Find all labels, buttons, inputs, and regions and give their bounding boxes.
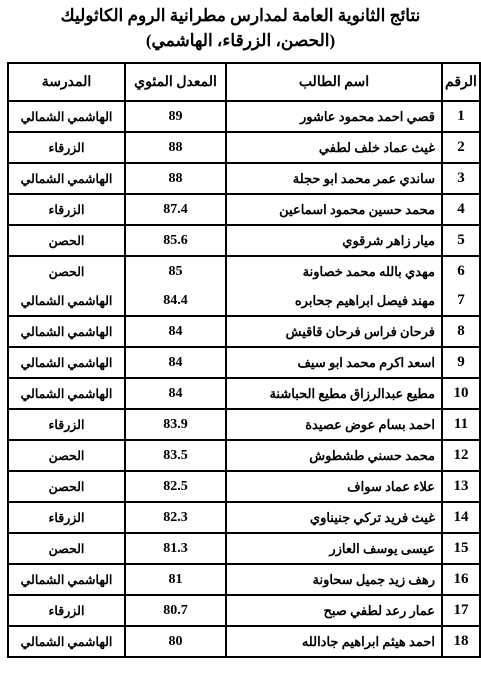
student-name: مهند فيصل ابراهيم جحابره (226, 286, 442, 316)
table-row: 11احمد بسام عوض عصيدة83.9الزرقاء (8, 409, 480, 440)
student-name: اسعد اكرم محمد ابو سيف (226, 347, 442, 378)
title-line-2: (الحصن، الزرقاء، الهاشمي) (0, 29, 481, 54)
row-rank: 5 (442, 225, 480, 256)
student-name: احمد بسام عوض عصيدة (226, 409, 442, 440)
student-name: ساندي عمر محمد ابو حجلة (226, 163, 442, 194)
table-row: 2غيث عماد خلف لطفي88الزرقاء (8, 132, 480, 163)
average-score: 82.5 (125, 471, 226, 502)
results-body: 1قصي احمد محمود عاشور89الهاشمي الشمالي2غ… (8, 101, 480, 657)
row-rank: 2 (442, 132, 480, 163)
row-rank: 18 (442, 626, 480, 657)
student-name: احمد هيثم ابراهيم جادالله (226, 626, 442, 657)
student-name: مهدي بالله محمد خصاونة (226, 256, 442, 286)
page-title: نتائج الثانوية العامة لمدارس مطرانية الر… (0, 4, 481, 53)
header-student: اسم الطالب (226, 63, 442, 101)
table-row: 5ميار زاهر شرقوي85.6الحصن (8, 225, 480, 256)
row-rank: 1 (442, 101, 480, 132)
school-name: الحصن (8, 471, 125, 502)
student-name: مطيع عبدالرزاق مطيع الحباشنة (226, 378, 442, 409)
student-name: محمد حسني طشطوش (226, 440, 442, 471)
school-name: الحصن (8, 256, 125, 286)
student-name: فرحان فراس فرحان قاقيش (226, 316, 442, 347)
average-score: 87.4 (125, 194, 226, 225)
school-name: الهاشمي الشمالي (8, 347, 125, 378)
school-name: الزرقاء (8, 595, 125, 626)
student-name: عيسى يوسف العازر (226, 533, 442, 564)
average-score: 83.5 (125, 440, 226, 471)
school-name: الحصن (8, 440, 125, 471)
school-name: الزرقاء (8, 502, 125, 533)
table-row: 17عمار رعد لطفي صبح80.7الزرقاء (8, 595, 480, 626)
table-row: 13علاء عماد سواف82.5الحصن (8, 471, 480, 502)
table-row: 9اسعد اكرم محمد ابو سيف84الهاشمي الشمالي (8, 347, 480, 378)
student-name: قصي احمد محمود عاشور (226, 101, 442, 132)
average-score: 88 (125, 132, 226, 163)
table-row: 15عيسى يوسف العازر81.3الحصن (8, 533, 480, 564)
average-score: 85.6 (125, 225, 226, 256)
student-name: غيث عماد خلف لطفي (226, 132, 442, 163)
school-name: الهاشمي الشمالي (8, 316, 125, 347)
row-rank: 13 (442, 471, 480, 502)
average-score: 84.4 (125, 286, 226, 316)
row-rank: 12 (442, 440, 480, 471)
header-school: المدرسة (8, 63, 125, 101)
row-rank: 4 (442, 194, 480, 225)
header-rank: الرقم (442, 63, 480, 101)
row-rank: 15 (442, 533, 480, 564)
header-row: الرقم اسم الطالب المعدل المئوي المدرسة (8, 63, 480, 101)
table-row: 12محمد حسني طشطوش83.5الحصن (8, 440, 480, 471)
row-rank: 3 (442, 163, 480, 194)
student-name: رهف زيد جميل سحاونة (226, 564, 442, 595)
student-name: غيث فريد تركي جنيناوي (226, 502, 442, 533)
average-score: 88 (125, 163, 226, 194)
table-row: 10مطيع عبدالرزاق مطيع الحباشنة84الهاشمي … (8, 378, 480, 409)
table-row: 16رهف زيد جميل سحاونة81الهاشمي الشمالي (8, 564, 480, 595)
school-name: الحصن (8, 533, 125, 564)
school-name: الزرقاء (8, 132, 125, 163)
average-score: 81.3 (125, 533, 226, 564)
header-average: المعدل المئوي (125, 63, 226, 101)
row-rank: 9 (442, 347, 480, 378)
row-rank: 14 (442, 502, 480, 533)
average-score: 89 (125, 101, 226, 132)
average-score: 83.9 (125, 409, 226, 440)
table-row: 3ساندي عمر محمد ابو حجلة88الهاشمي الشمال… (8, 163, 480, 194)
average-score: 84 (125, 378, 226, 409)
row-rank: 16 (442, 564, 480, 595)
results-table: الرقم اسم الطالب المعدل المئوي المدرسة 1… (7, 62, 481, 658)
school-name: الهاشمي الشمالي (8, 378, 125, 409)
school-name: الهاشمي الشمالي (8, 163, 125, 194)
average-score: 84 (125, 316, 226, 347)
school-name: الهاشمي الشمالي (8, 286, 125, 316)
page: { "title": { "line1": "نتائج الثانوية ال… (0, 0, 481, 690)
school-name: الزرقاء (8, 409, 125, 440)
row-rank: 6 (442, 256, 480, 286)
average-score: 80.7 (125, 595, 226, 626)
table-row: 1قصي احمد محمود عاشور89الهاشمي الشمالي (8, 101, 480, 132)
row-rank: 11 (442, 409, 480, 440)
average-score: 82.3 (125, 502, 226, 533)
average-score: 84 (125, 347, 226, 378)
row-rank: 17 (442, 595, 480, 626)
student-name: ميار زاهر شرقوي (226, 225, 442, 256)
table-row: 14غيث فريد تركي جنيناوي82.3الزرقاء (8, 502, 480, 533)
table-row: 6مهدي بالله محمد خصاونة85الحصن (8, 256, 480, 286)
table-row: 7مهند فيصل ابراهيم جحابره84.4الهاشمي الش… (8, 286, 480, 316)
school-name: الهاشمي الشمالي (8, 564, 125, 595)
row-rank: 8 (442, 316, 480, 347)
title-line-1: نتائج الثانوية العامة لمدارس مطرانية الر… (0, 4, 481, 29)
average-score: 85 (125, 256, 226, 286)
school-name: الزرقاء (8, 194, 125, 225)
average-score: 80 (125, 626, 226, 657)
row-rank: 7 (442, 286, 480, 316)
school-name: الحصن (8, 225, 125, 256)
school-name: الهاشمي الشمالي (8, 626, 125, 657)
average-score: 81 (125, 564, 226, 595)
table-row: 8فرحان فراس فرحان قاقيش84الهاشمي الشمالي (8, 316, 480, 347)
row-rank: 10 (442, 378, 480, 409)
student-name: محمد حسين محمود اسماعين (226, 194, 442, 225)
table-row: 4محمد حسين محمود اسماعين87.4الزرقاء (8, 194, 480, 225)
student-name: علاء عماد سواف (226, 471, 442, 502)
table-row: 18احمد هيثم ابراهيم جادالله80الهاشمي الش… (8, 626, 480, 657)
school-name: الهاشمي الشمالي (8, 101, 125, 132)
student-name: عمار رعد لطفي صبح (226, 595, 442, 626)
